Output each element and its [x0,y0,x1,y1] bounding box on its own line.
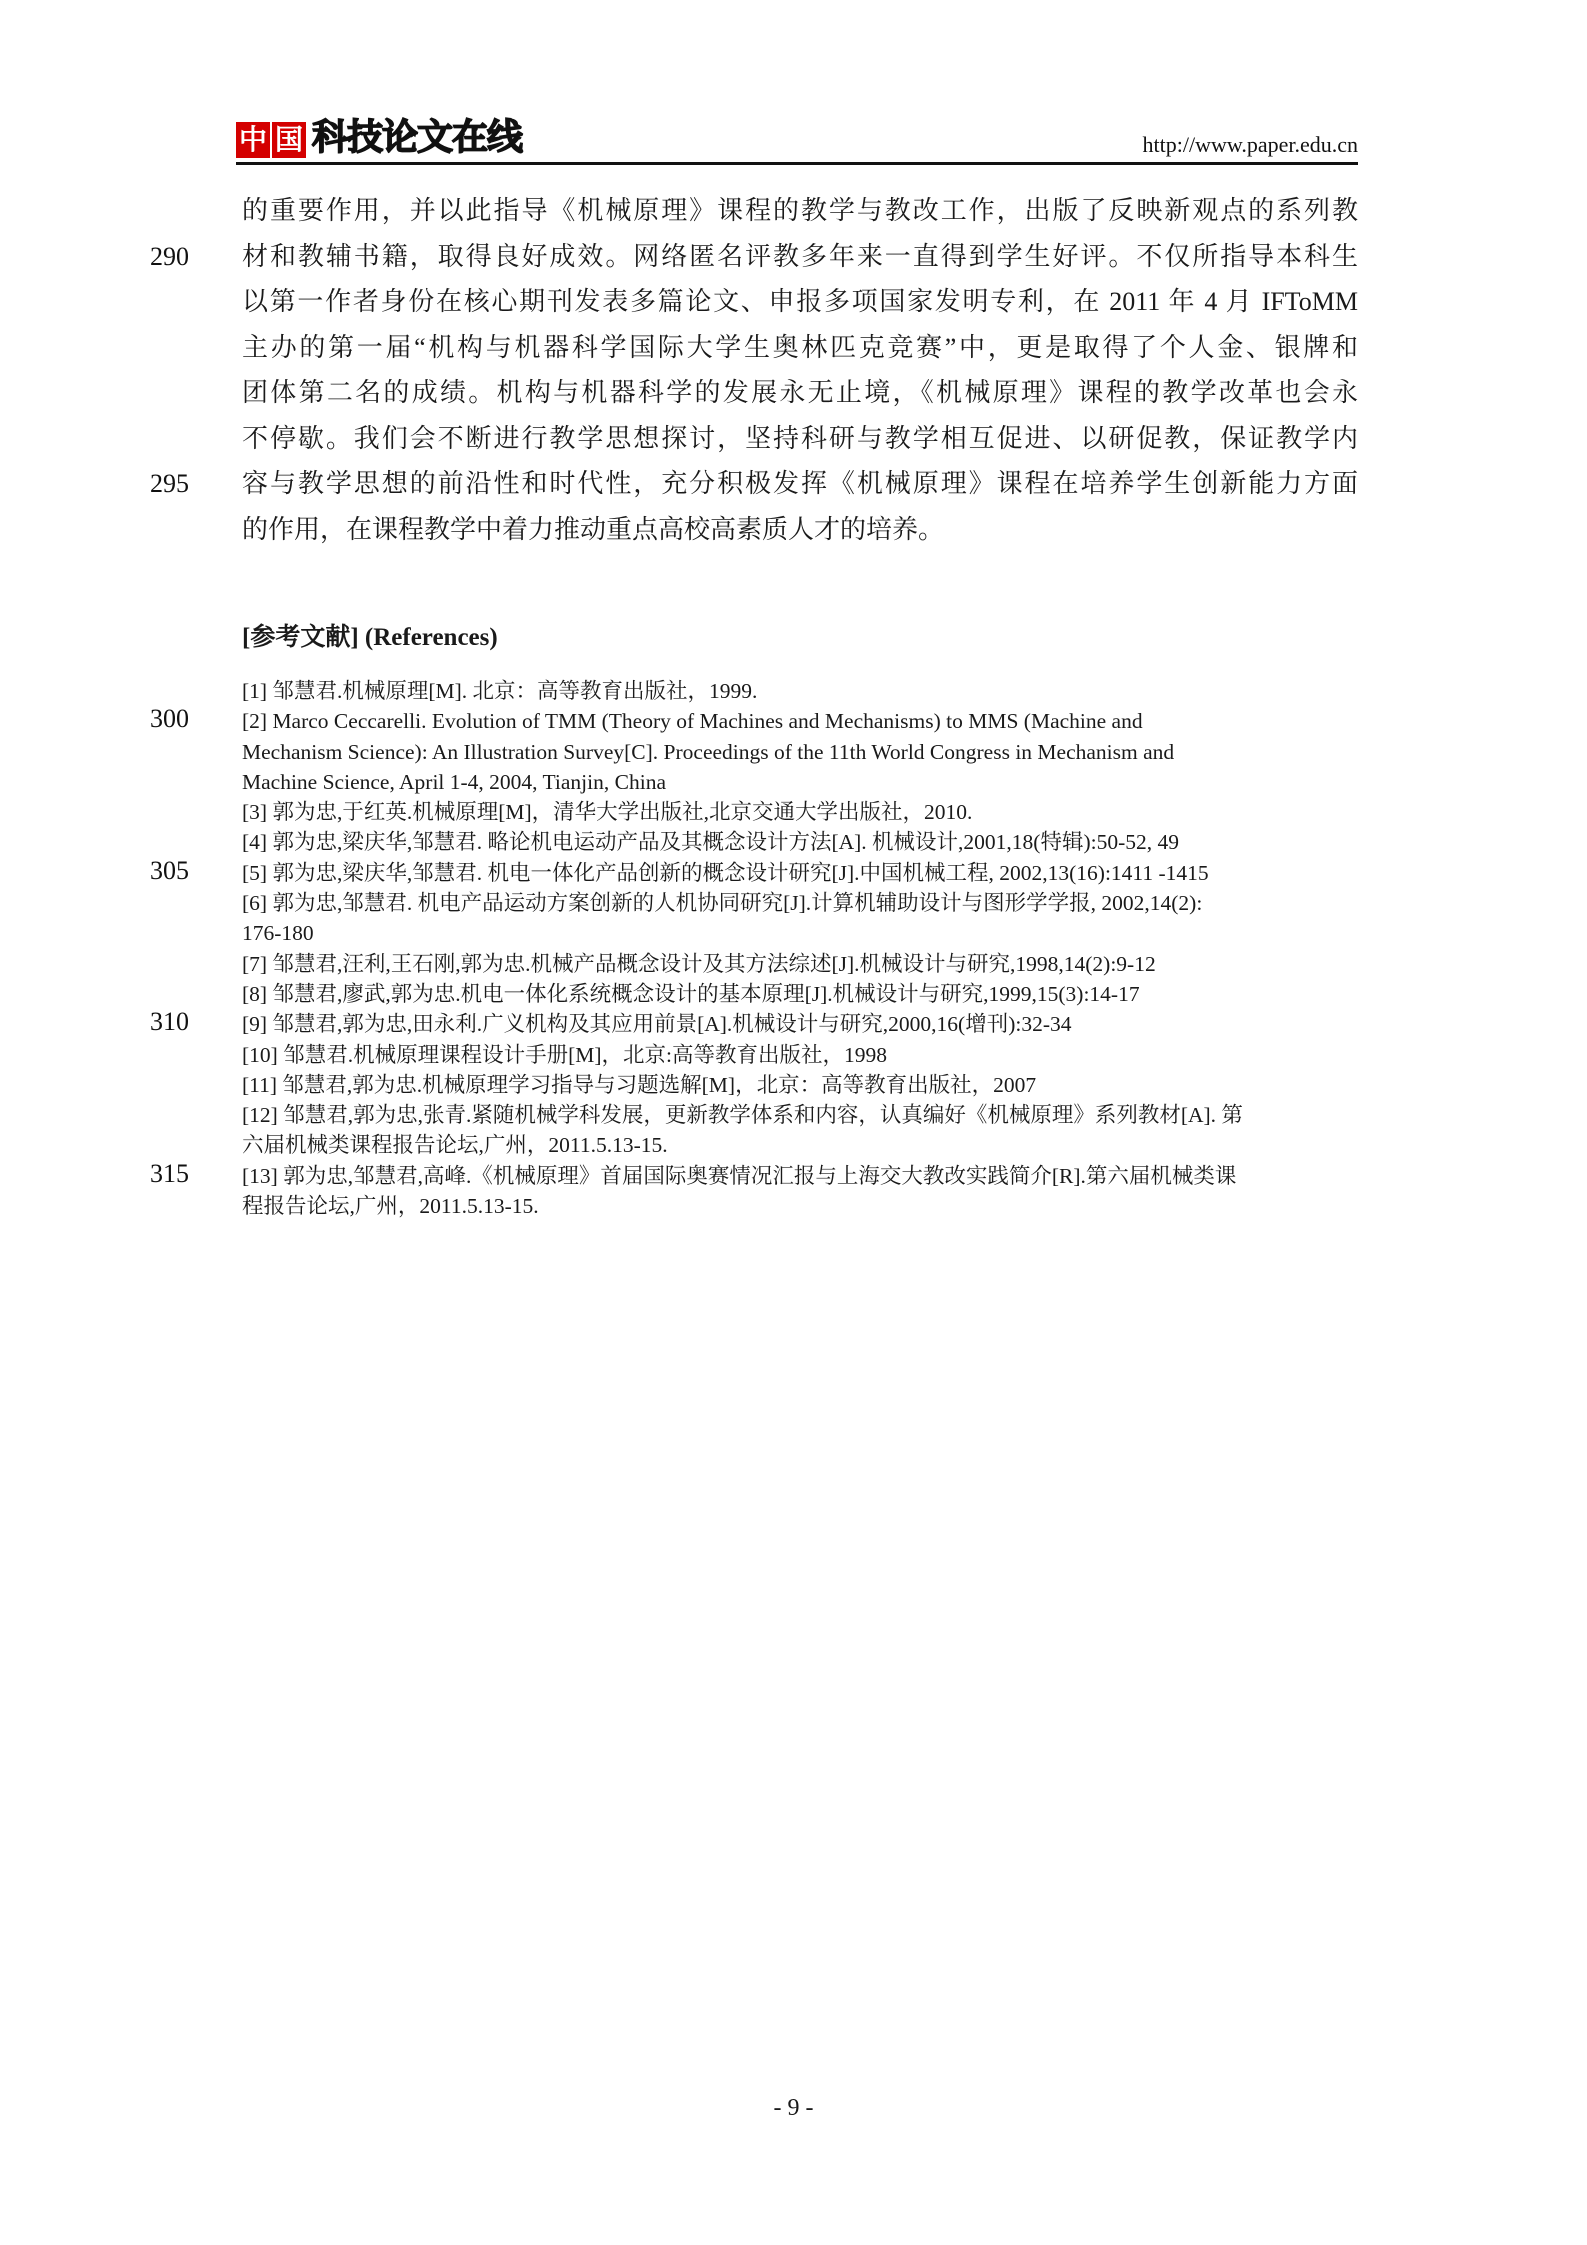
line-number: 310 [150,1007,189,1037]
reference-line: [12] 邹慧君,郭为忠,张青.紧随机械学科发展，更新教学体系和内容，认真编好《… [242,1100,1358,1130]
reference-line: 程报告论坛,广州，2011.5.13-15. [242,1191,1358,1221]
line-number: 315 [150,1159,189,1189]
reference-line: [1] 邹慧君.机械原理[M]. 北京：高等教育出版社，1999. [242,676,1358,706]
page-header: 中 国 科技论文在线 http://www.paper.edu.cn [236,112,1358,164]
reference-line: 315[13] 郭为忠,邹慧君,高峰.《机械原理》首届国际奥赛情况汇报与上海交大… [242,1161,1358,1191]
references-list: [1] 邹慧君.机械原理[M]. 北京：高等教育出版社，1999. 300[2]… [242,676,1358,1221]
page-number: - 9 - [0,2095,1587,2122]
line-number: 300 [150,704,189,734]
logo-text: 科技论文在线 [312,118,522,158]
logo-char-guo: 国 [272,122,306,158]
text-line: 不停歇。我们会不断进行教学思想探讨，坚持科研与教学相互促进、以研促教，保证教学内 [242,416,1358,462]
reference-line: 300[2] Marco Ceccarelli. Evolution of TM… [242,706,1358,736]
text-line: 290材和教辅书籍，取得良好成效。网络匿名评教多年来一直得到学生好评。不仅所指导… [242,234,1358,280]
header-rule [236,162,1358,165]
reference-line: 310[9] 邹慧君,郭为忠,田永利.广义机构及其应用前景[A].机械设计与研究… [242,1009,1358,1039]
reference-line: [4] 郭为忠,梁庆华,邹慧君. 略论机电运动产品及其概念设计方法[A]. 机械… [242,827,1358,857]
body-paragraph: 的重要作用，并以此指导《机械原理》课程的教学与教改工作，出版了反映新观点的系列教… [242,188,1358,552]
site-url: http://www.paper.edu.cn [1143,132,1358,158]
reference-line: 305[5] 郭为忠,梁庆华,邹慧君. 机电一体化产品创新的概念设计研究[J].… [242,858,1358,888]
reference-line: [8] 邹慧君,廖武,郭为忠.机电一体化系统概念设计的基本原理[J].机械设计与… [242,979,1358,1009]
references-heading: [参考文献] (References) [242,617,498,653]
line-number: 290 [150,234,189,280]
reference-line: [10] 邹慧君.机械原理课程设计手册[M]，北京:高等教育出版社，1998 [242,1040,1358,1070]
reference-line: 176-180 [242,918,1358,948]
text-line: 的重要作用，并以此指导《机械原理》课程的教学与教改工作，出版了反映新观点的系列教 [242,188,1358,234]
reference-line: [11] 邹慧君,郭为忠.机械原理学习指导与习题选解[M]，北京：高等教育出版社… [242,1070,1358,1100]
reference-line: [3] 郭为忠,于红英.机械原理[M]，清华大学出版社,北京交通大学出版社，20… [242,797,1358,827]
text-line: 的作用，在课程教学中着力推动重点高校高素质人才的培养。 [242,507,1358,553]
text-line: 295容与教学思想的前沿性和时代性，充分积极发挥《机械原理》课程在培养学生创新能… [242,461,1358,507]
logo-char-zhong: 中 [236,122,270,158]
text-line: 以第一作者身份在核心期刊发表多篇论文、申报多项国家发明专利，在 2011 年 4… [242,279,1358,325]
reference-line: Mechanism Science): An Illustration Surv… [242,737,1358,767]
site-logo: 中 国 科技论文在线 [236,112,522,158]
reference-line: Machine Science, April 1-4, 2004, Tianji… [242,767,1358,797]
line-number: 305 [150,856,189,886]
line-number: 295 [150,461,189,507]
text-line: 团体第二名的成绩。机构与机器科学的发展永无止境，《机械原理》课程的教学改革也会永 [242,370,1358,416]
reference-line: 六届机械类课程报告论坛,广州，2011.5.13-15. [242,1130,1358,1160]
text-line: 主办的第一届“机构与机器科学国际大学生奥林匹克竞赛”中，更是取得了个人金、银牌和 [242,325,1358,371]
reference-line: [6] 郭为忠,邹慧君. 机电产品运动方案创新的人机协同研究[J].计算机辅助设… [242,888,1358,918]
reference-line: [7] 邹慧君,汪利,王石刚,郭为忠.机械产品概念设计及其方法综述[J].机械设… [242,949,1358,979]
